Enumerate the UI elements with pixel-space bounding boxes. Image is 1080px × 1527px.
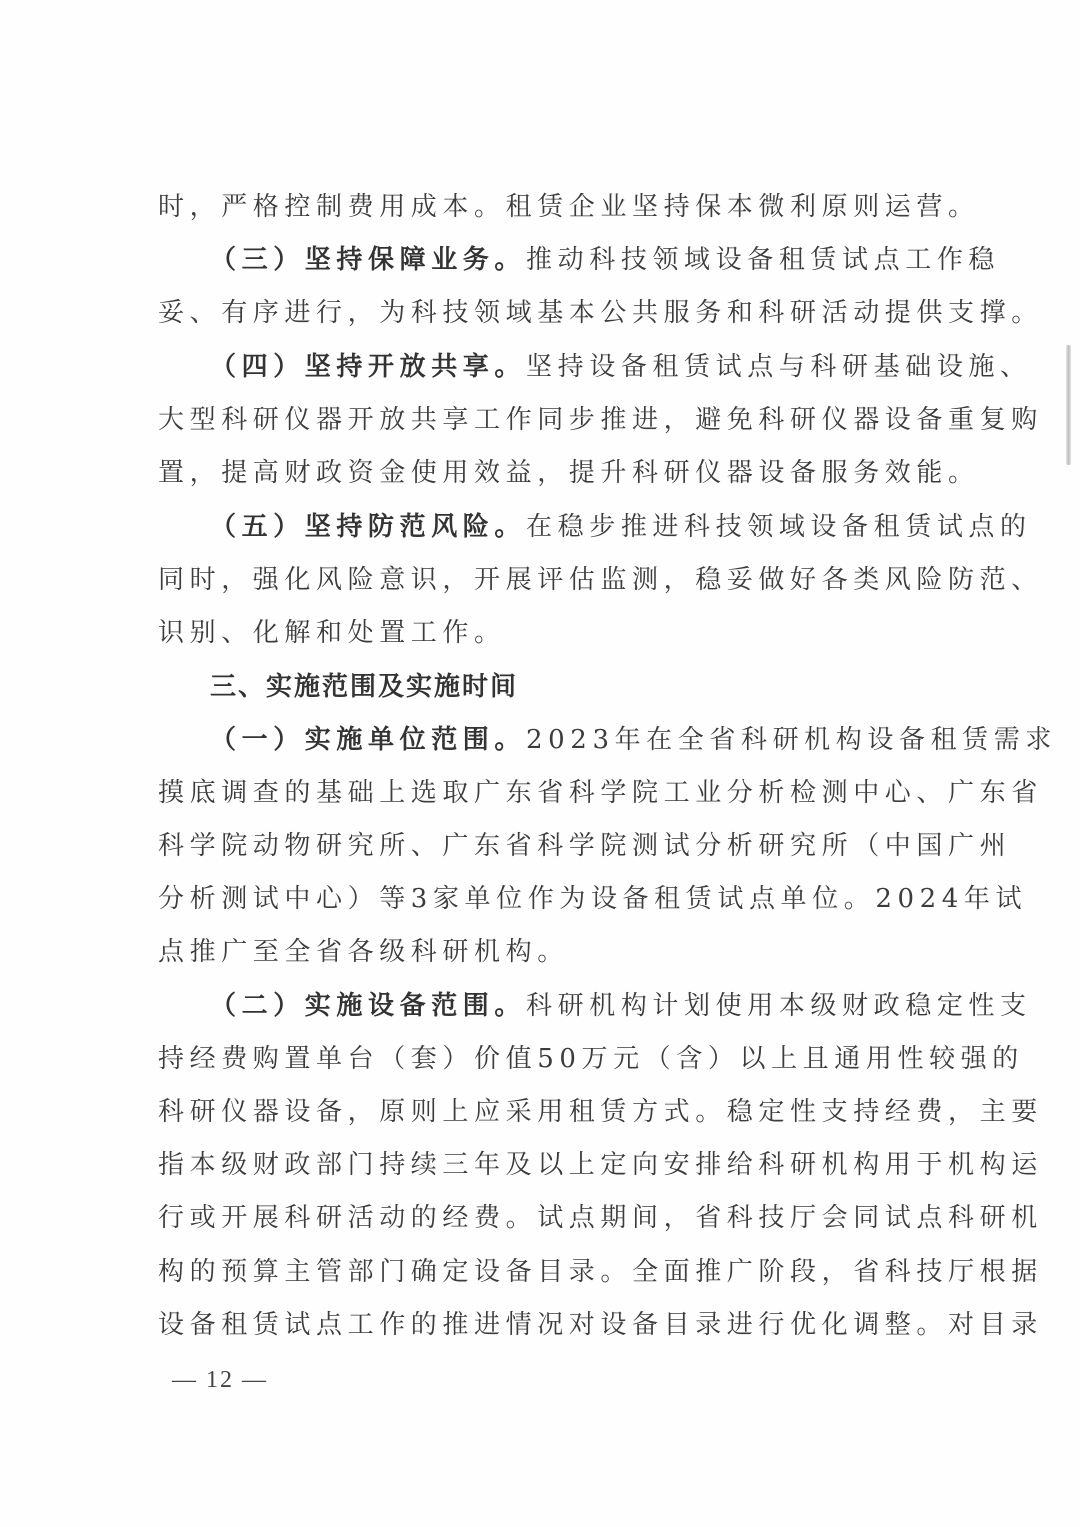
page-number: — 12 — — [172, 1362, 268, 1398]
line-text: 设备租赁试点工作的推进情况对设备目录进行优化调整。对目录 — [158, 1310, 1043, 1340]
paragraph-line-18: 科研仪器设备，原则上应采用租赁方式。稳定性支持经费，主要 — [158, 1092, 948, 1132]
line-text: 同时，强化风险意识，开展评估监测，稳妥做好各类风险防范、 — [158, 565, 1043, 595]
line-text: 科学院动物研究所、广东省科学院测试分析研究所（中国广州 — [158, 831, 1011, 861]
section-heading-text: 三、实施范围及实施时间 — [210, 672, 518, 702]
paragraph-line-17: 持经费购置单台（套）价值50万元（含）以上且通用性较强的 — [158, 1039, 948, 1079]
section-lead-3: （三）坚持保障业务。 — [210, 245, 526, 275]
line-text: 在稳步推进科技领域设备租赁试点的 — [526, 512, 1032, 542]
scan-edge-mark — [1066, 345, 1071, 465]
paragraph-line-3: 妥、有序进行，为科技领域基本公共服务和科研活动提供支撑。 — [158, 293, 948, 333]
paragraph-line-21: 构的预算主管部门确定设备目录。全面推广阶段，省科技厅根据 — [158, 1252, 948, 1292]
section-lead-4: （四）坚持开放共享。 — [210, 352, 526, 382]
paragraph-line-8: 同时，强化风险意识，开展评估监测，稳妥做好各类风险防范、 — [158, 560, 948, 600]
paragraph-line-5: 大型科研仪器开放共享工作同步推进，避免科研仪器设备重复购 — [158, 400, 948, 440]
line-text: 2023年在全省科研机构设备租赁需求 — [526, 725, 1057, 755]
line-text: 大型科研仪器开放共享工作同步推进，避免科研仪器设备重复购 — [158, 405, 1043, 435]
subsection-2-heading-line: （二）实施设备范围。科研机构计划使用本级财政稳定性支 — [210, 986, 948, 1026]
line-text: 科研仪器设备，原则上应采用租赁方式。稳定性支持经费，主要 — [158, 1097, 1043, 1127]
paragraph-line-14: 分析测试中心）等3家单位作为设备租赁试点单位。2024年试 — [158, 879, 948, 919]
line-text: 点推广至全省各级科研机构。 — [158, 937, 569, 967]
line-text: 构的预算主管部门确定设备目录。全面推广阶段，省科技厅根据 — [158, 1257, 1043, 1287]
line-text: 推动科技领域设备租赁试点工作稳 — [526, 245, 1000, 275]
section-heading-3: 三、实施范围及实施时间 — [210, 667, 1000, 707]
paragraph-line-9: 识别、化解和处置工作。 — [158, 613, 948, 653]
line-text: 摸底调查的基础上选取广东省科学院工业分析检测中心、广东省 — [158, 778, 1043, 808]
line-text: 妥、有序进行，为科技领域基本公共服务和科研活动提供支撑。 — [158, 298, 1043, 328]
paragraph-line-15: 点推广至全省各级科研机构。 — [158, 932, 948, 972]
line-text: 行或开展科研活动的经费。试点期间，省科技厅会同试点科研机 — [158, 1203, 1043, 1233]
line-text: 科研机构计划使用本级财政稳定性支 — [526, 991, 1032, 1021]
paragraph-line-12: 摸底调查的基础上选取广东省科学院工业分析检测中心、广东省 — [158, 773, 948, 813]
paragraph-line-1: 时，严格控制费用成本。租赁企业坚持保本微利原则运营。 — [158, 187, 948, 227]
paragraph-5-heading-line: （五）坚持防范风险。在稳步推进科技领域设备租赁试点的 — [210, 507, 948, 547]
subsection-lead-2: （二）实施设备范围。 — [210, 991, 526, 1021]
paragraph-line-13: 科学院动物研究所、广东省科学院测试分析研究所（中国广州 — [158, 826, 948, 866]
subsection-1-heading-line: （一）实施单位范围。2023年在全省科研机构设备租赁需求 — [210, 720, 948, 760]
paragraph-line-22: 设备租赁试点工作的推进情况对设备目录进行优化调整。对目录 — [158, 1305, 948, 1345]
subsection-lead-1: （一）实施单位范围。 — [210, 725, 526, 755]
line-text: 持经费购置单台（套）价值50万元（含）以上且通用性较强的 — [158, 1044, 1024, 1074]
paragraph-3-heading-line: （三）坚持保障业务。推动科技领域设备租赁试点工作稳 — [210, 240, 948, 280]
section-lead-5: （五）坚持防范风险。 — [210, 512, 526, 542]
line-text: 时，严格控制费用成本。租赁企业坚持保本微利原则运营。 — [158, 192, 980, 222]
line-text: 识别、化解和处置工作。 — [158, 618, 506, 648]
document-page: 时，严格控制费用成本。租赁企业坚持保本微利原则运营。 （三）坚持保障业务。推动科… — [0, 0, 1080, 1527]
line-text: 置，提高财政资金使用效益，提升科研仪器设备服务效能。 — [158, 458, 980, 488]
line-text: 指本级财政部门持续三年及以上定向安排给科研机构用于机构运 — [158, 1150, 1043, 1180]
paragraph-line-19: 指本级财政部门持续三年及以上定向安排给科研机构用于机构运 — [158, 1145, 948, 1185]
line-text: 坚持设备租赁试点与科研基础设施、 — [526, 352, 1032, 382]
paragraph-line-20: 行或开展科研活动的经费。试点期间，省科技厅会同试点科研机 — [158, 1198, 948, 1238]
line-text: 分析测试中心）等3家单位作为设备租赁试点单位。2024年试 — [158, 884, 1027, 914]
paragraph-line-6: 置，提高财政资金使用效益，提升科研仪器设备服务效能。 — [158, 453, 948, 493]
paragraph-4-heading-line: （四）坚持开放共享。坚持设备租赁试点与科研基础设施、 — [210, 347, 948, 387]
